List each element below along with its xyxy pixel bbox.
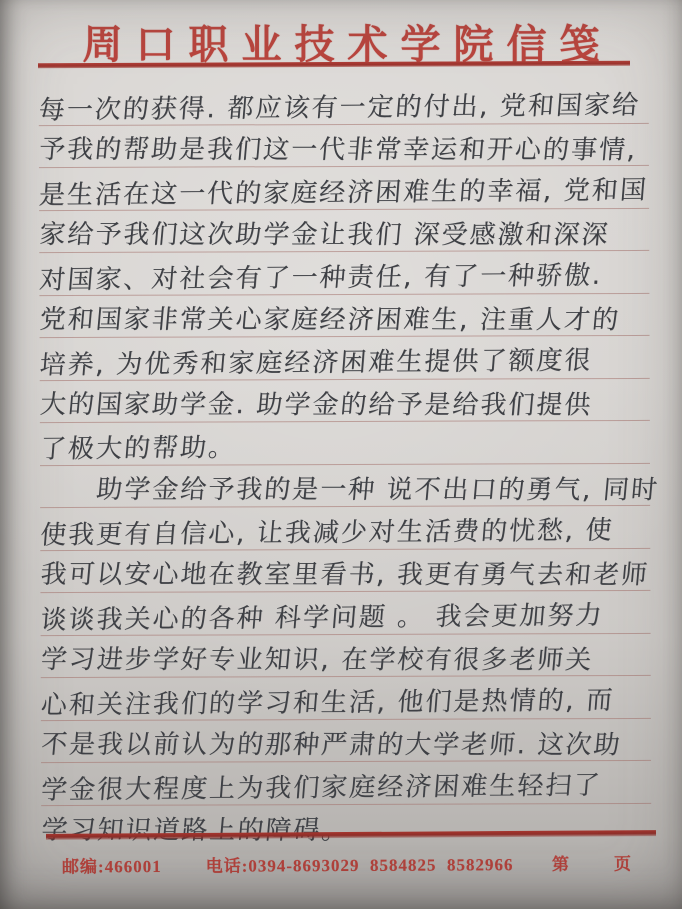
page-label-left: 第 [552, 850, 570, 875]
handwritten-line: 了极大的帮助。 [40, 421, 650, 466]
handwritten-text: 心和关注我们的学习和生活, 他们是热情的, 而 [40, 687, 616, 721]
postcode-value: 466001 [105, 857, 162, 876]
phone-group: 电话:0394-8693029 8584825 8582966 [206, 850, 514, 877]
handwritten-line: 学习知识道路上的障碍。 [41, 803, 651, 847]
handwritten-line: 予我的帮助是我们这一代非常幸运和开心的事情, [39, 123, 649, 168]
handwritten-line: 谈谈我关心的各种 科学问题 。 我会更加努力 [40, 591, 650, 636]
handwritten-text: 对国家、对社会有了一种责任, 有了一种骄傲. [38, 262, 603, 296]
phone-label: 电话: [206, 857, 249, 876]
handwritten-line: 使我更有自信心, 让我减少对生活费的忧愁, 使 [40, 506, 650, 551]
handwritten-text: 大的国家助学金. 助学金的给予是给我们提供 [39, 392, 594, 421]
handwritten-text: 每一次的获得. 都应该有一定的付出, 党和国家给 [37, 92, 641, 126]
handwritten-line: 家给予我们这次助学金让我们 深受感激和深深 [39, 208, 649, 253]
page-number-group: 第 页 [552, 850, 632, 875]
handwritten-line: 学金很大程度上为我们家庭经济困难生轻扫了 [41, 761, 651, 806]
handwritten-line: 每一次的获得. 都应该有一定的付出, 党和国家给 [39, 81, 649, 126]
handwritten-text: 了极大的帮助。 [39, 434, 237, 465]
handwritten-line: 大的国家助学金. 助学金的给予是给我们提供 [40, 378, 650, 423]
handwritten-text: 党和国家非常关心家庭经济困难生, 注重人才的 [38, 307, 621, 337]
handwritten-line: 是生活在这一代的家庭经济困难生的幸福, 党和国 [39, 166, 649, 211]
handwritten-line: 不是我以前认为的那种严肃的大学老师. 这次助 [41, 718, 651, 763]
handwritten-text: 不是我以前认为的那种严肃的大学老师. 这次助 [40, 732, 623, 762]
phone-numbers: 0394-8693029 8584825 8582966 [248, 855, 513, 875]
handwritten-line: 培养, 为优秀和家庭经济困难生提供了额度很 [40, 336, 650, 381]
handwritten-text: 是生活在这一代的家庭经济困难生的幸福, 党和国 [38, 177, 649, 211]
handwritten-line: 心和关注我们的学习和生活, 他们是热情的, 而 [41, 676, 651, 721]
handwritten-line: 对国家、对社会有了一种责任, 有了一种骄傲. [39, 251, 649, 296]
handwritten-text: 家给予我们这次助学金让我们 深受感激和深深 [38, 222, 611, 252]
handwritten-line: 我可以安心地在教室里看书, 我更有勇气去和老师 [40, 548, 650, 593]
postcode-label: 邮编: [62, 857, 105, 876]
handwritten-text: 我可以安心地在教室里看书, 我更有勇气去和老师 [39, 562, 650, 592]
handwritten-line: 助学金给予我的是一种 说不出口的勇气, 同时 [40, 463, 650, 508]
handwritten-text: 予我的帮助是我们这一代非常幸运和开心的事情, [38, 137, 639, 167]
handwritten-text: 使我更有自信心, 让我减少对生活费的忧愁, 使 [39, 517, 615, 551]
handwritten-text: 学金很大程度上为我们家庭经济困难生轻扫了 [40, 772, 603, 806]
page-label-right: 页 [614, 850, 632, 875]
postcode-group: 邮编:466001 [62, 852, 162, 878]
handwritten-text: 谈谈我关心的各种 科学问题 。 我会更加努力 [39, 602, 604, 636]
handwritten-text: 助学金给予我的是一种 说不出口的勇气, 同时 [39, 477, 660, 507]
letter-body: 每一次的获得. 都应该有一定的付出, 党和国家给 予我的帮助是我们这一代非常幸运… [39, 81, 652, 847]
photo-background: 周口职业技术学院信笺 每一次的获得. 都应该有一定的付出, 党和国家给 予我的帮… [0, 0, 682, 909]
handwritten-text: 学习进步学好专业知识, 在学校有很多老师关 [40, 647, 595, 676]
handwritten-line: 党和国家非常关心家庭经济困难生, 注重人才的 [39, 293, 649, 338]
handwritten-text: 培养, 为优秀和家庭经济困难生提供了额度很 [38, 347, 593, 381]
letterhead-footer: 邮编:466001 电话:0394-8693029 8584825 858296… [62, 849, 642, 877]
handwritten-line: 学习进步学好专业知识, 在学校有很多老师关 [41, 633, 651, 678]
